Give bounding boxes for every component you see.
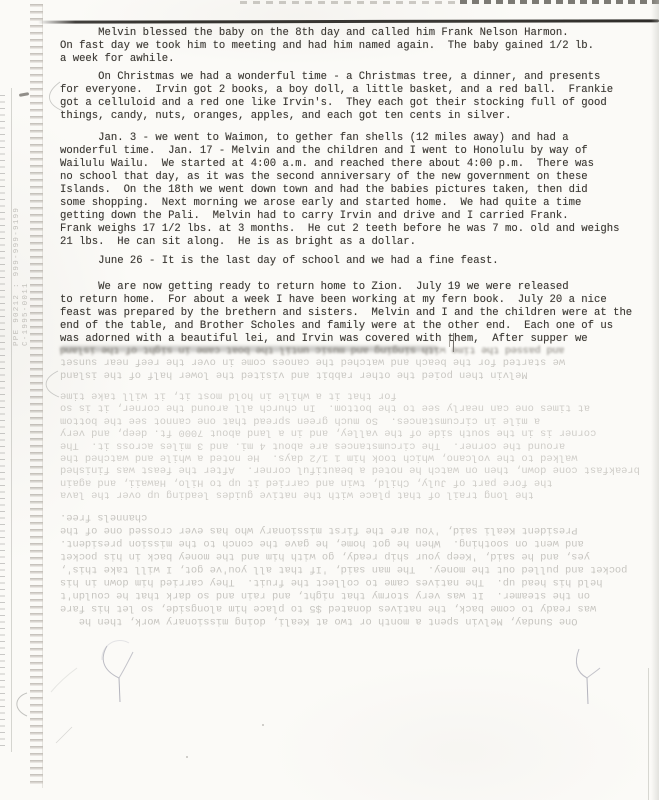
bleedthrough-line: for that it a while in hold most it, it … [60,389,646,401]
typed-line: Wailulu Wailu. We started at 4:00 a.m. a… [60,158,650,171]
paragraph-christmas: On Christmas we had a wonderful time - a… [60,71,650,123]
top-torn-edge-dark [460,0,659,4]
margin-stamp-line2: C-1995-0011 [22,207,31,346]
paragraph-baby-blessing: Melvin blessed the baby on the 8th day a… [60,27,650,66]
typed-line: got a celluloid and a red one like Irvin… [60,97,650,110]
bleedthrough-line: and went on soothing. When he got home, … [60,536,646,549]
paper-speck [262,724,264,726]
bleedthrough-line: One Sunday, Melvin spent a month or two … [60,614,646,627]
margin-stamp: PPE 90212 : 999-999-9199 C-1995-0011 [13,207,31,346]
typed-line: 21 lbs. He can sit along. He is as brigh… [60,236,650,249]
scanned-page: PPE 90212 : 999-999-9199 C-1995-0011 Mel… [0,0,659,800]
typed-line: Jan. 3 - we went to Waimon, to gether fa… [60,132,650,145]
bleedthrough-line: the long trail of that place with the na… [60,488,646,500]
bleedthrough-line: channels free. [60,510,646,523]
typed-line: wonderful time. Jan. 17 - Melvin and the… [60,145,650,158]
typed-line: Islands. On the 18th we went down town a… [60,184,650,197]
bleedthrough-line: yes, and he said, 'Keep your ship ready,… [60,549,646,562]
typed-line: June 26 - It is the last day of school a… [60,255,650,268]
typed-line: On Christmas we had a wonderful time - a… [60,71,650,84]
bleedthrough-line: at times one can nearly see to the botto… [60,401,646,413]
typed-diary-text: Melvin blessed the baby on the 8th day a… [60,27,650,346]
typed-line: Melvin blessed the baby on the 8th day a… [60,27,650,40]
binding-perforation-strip [30,4,43,788]
typed-line: end of the table, and Brother Scholes an… [60,320,650,333]
bleedthrough-line: President Keali said, 'You are the first… [60,523,646,536]
bleedthrough-line: a mile in circumstances. So much green s… [60,414,646,426]
bleedthrough-line: held his head up. The natives came to co… [60,575,646,588]
bleedthrough-block-1: and passed the time with singing and mus… [60,343,646,380]
bleedthrough-block-2: for that it a while in hold most it, it … [60,389,646,501]
page-edge-line [11,88,12,752]
typed-line: to return home. For about a week I have … [60,294,650,307]
typed-line: no school that day, as it was the second… [60,171,650,184]
typed-line: getting down the Pali. Melvin had to car… [60,210,650,223]
scanner-edge-ticks [0,95,5,750]
paragraph-january-trip: Jan. 3 - we went to Waimon, to gether fa… [60,132,650,249]
bleedthrough-line: corner is in the south side of the valle… [60,426,646,438]
typed-line: On fast day we took him to meeting and h… [60,40,650,53]
bleedthrough-line: Melvin then poied the other rabbit and v… [60,368,646,380]
bleedthrough-line: walked to the volcano, which took him 1 … [60,451,646,463]
bleedthrough-line: breakfast cone down, then on watch he no… [60,463,646,475]
typed-line: a week for awhile. [60,53,650,66]
bleedthrough-mirrored-text: and passed the time with singing and mus… [60,343,646,636]
typed-line: some shopping. Next morning we arose ear… [60,197,650,210]
page-top-fold-line [38,19,659,23]
margin-stamp-line1: PPE 90212 : 999-999-9199 [13,207,22,346]
bleedthrough-line: on the steamer. It was very stormy that … [60,588,646,601]
bleedthrough-line: around the corner. The circumstances are… [60,439,646,451]
bleedthrough-line: was ready to come back, the natives dona… [60,601,646,614]
bleedthrough-block-3: channels free.President Keali said, 'You… [60,510,646,627]
top-torn-edge-light [240,1,460,4]
paper-speck [186,756,188,758]
typed-line: Frank weighs 17 1/2 lbs. at 3 months. He… [60,223,650,236]
right-edge-line [648,668,649,800]
paragraph-june-26: June 26 - It is the last day of school a… [60,255,650,268]
paragraph-return-home: We are now getting ready to return home … [60,281,650,346]
typed-line: for everyone. Irvin got 2 books, a boy d… [60,84,650,97]
right-edge-shadow [651,0,659,800]
bleedthrough-line: we started for the beach and watched the… [60,355,646,367]
bleedthrough-line: pocket and pulled out the money. The man… [60,562,646,575]
typed-line: things, candy, nuts, oranges, apples, an… [60,110,650,123]
bleedthrough-line: the fore part of July, Child, twin and c… [60,476,646,488]
typed-line: feast was prepared by the brethern and s… [60,307,650,320]
typed-line: We are now getting ready to return home … [60,281,650,294]
bleedthrough-line: and passed the time with singing and mus… [60,343,646,355]
margin-dash-mark [19,92,29,96]
